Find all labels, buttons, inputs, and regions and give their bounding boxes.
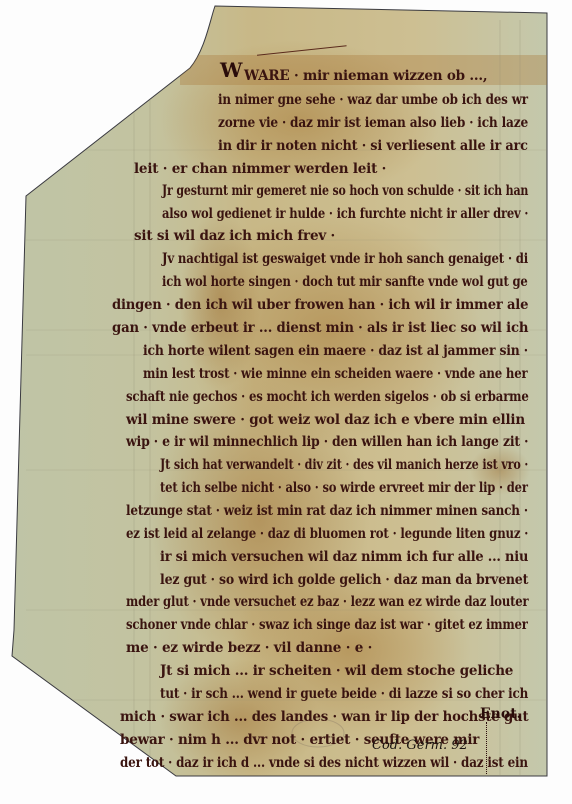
text-line: in nimer gne sehe · waz dar umbe ob ich … — [218, 92, 528, 108]
text-line: tut · ir sch ... wend ir guete beide · d… — [160, 686, 528, 702]
text-line: schoner vnde chlar · swaz ich singe daz … — [126, 617, 528, 633]
text-line: min lest trost · wie minne ein scheiden … — [143, 366, 528, 382]
text-line: gan · vnde erbeut ir ... dienst min · al… — [112, 320, 528, 336]
text-line: me · ez wirde bezz · vil danne · e · — [126, 640, 372, 656]
catchword-stem — [486, 722, 488, 774]
text-line: Jt si mich ... ir scheiten · wil dem sto… — [160, 663, 513, 679]
manuscript-text: WARE · mir nieman wizzen ob ..., in nime… — [0, 0, 572, 804]
text-line: also wol gedienet ir hulde · ich furchte… — [162, 206, 528, 222]
text-line: wil mine swere · got weiz wol daz ich e … — [126, 412, 525, 428]
text-line: schaft nie gechos · es mocht ich werden … — [126, 389, 529, 405]
text-line: ich wol horte singen · doch tut mir sanf… — [162, 274, 528, 290]
text-line: Jr gesturnt mir gemeret nie so hoch von … — [162, 183, 528, 199]
text-line: tet ich selbe nicht · also · so wirde er… — [160, 480, 528, 496]
text-line: ich horte wilent sagen ein maere · daz i… — [143, 343, 528, 359]
catchword: Enot. — [480, 706, 522, 722]
text-line: der tot · daz ir ich d ... vnde si des n… — [120, 755, 528, 771]
text-line: zorne vie · daz mir ist ieman also lieb … — [218, 115, 528, 131]
text-line: in dir ir noten nicht · si verliesent al… — [218, 138, 528, 154]
text-line: mich · swar ich ... des landes · wan ir … — [120, 709, 528, 725]
text-line: dingen · den ich wil uber frowen han · i… — [112, 297, 528, 313]
text-line: sit si wil daz ich mich frev · — [134, 228, 335, 244]
manuscript-photo: W WARE · mir nieman wizzen ob ..., in ni… — [0, 0, 572, 804]
text-line: lez gut · so wird ich golde gelich · daz… — [160, 572, 528, 588]
text-line: Jv nachtigal ist geswaiget vnde ir hoh s… — [162, 251, 528, 267]
text-line: leit · er chan nimmer werden leit · — [134, 161, 386, 177]
text-line: wip · e ir wil minnechlich lip · den wil… — [126, 434, 528, 450]
text-line: ez ist leid al zelange · daz di bluomen … — [126, 526, 528, 542]
text-line: ir si mich versuchen wil daz nimm ich fu… — [160, 549, 528, 565]
shelfmark-label: Cod. Germ. 92 — [372, 738, 468, 753]
text-line: letzunge stat · weiz ist min rat daz ich… — [126, 503, 528, 519]
text-line: WARE · mir nieman wizzen ob ..., — [244, 68, 487, 84]
text-line: Jt sich hat verwandelt · div zit · des v… — [160, 457, 528, 473]
text-line: mder glut · vnde versuchet ez baz · lezz… — [126, 594, 528, 610]
